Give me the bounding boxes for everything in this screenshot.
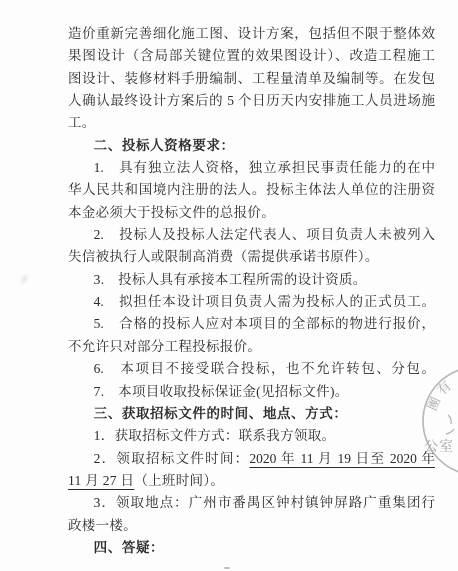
list-item: 3. 投标人具有承接本工程所需的设计资质。 [68,269,435,291]
text-line: 图设计、装修材料手册编制、工程量清单及编制等。在发包 [68,68,435,90]
text-line: 华人民共和国境内注册的法人。投标主体法人单位的注册资 [68,179,435,201]
line-text: （上班时间）。 [134,473,224,488]
text-line: 本金必须大于投标文件的总报价。 [68,202,435,224]
list-item: 1．获取招标文件方式：联系我方领取。 [68,425,435,447]
line-text: 2．领取招标文件时间： [94,451,250,466]
section-heading-4: 四、答疑： [68,537,435,559]
text-line: 果图设计（含局部关键位置的效果图设计）、改造工程施工 [68,45,435,67]
section-heading-3: 三、获取招标文件的时间、地点、方式： [68,403,435,425]
list-item: 4. 拟担任本设计项目负责人需为投标人的正式员工。 [68,291,435,313]
list-item: 1. 具有独立法人资格，独立承担民事责任能力的在中 [68,157,435,179]
list-item: 7. 本项目收取投标保证金(见招标文件)。 [68,381,435,403]
scan-smudge [18,271,31,287]
text-line: 工。 [68,112,435,134]
text-line: 失信被执行人或限制高消费（需提供承诺书原件）。 [68,246,435,268]
official-seal: 團有 公室 [419,363,458,485]
list-item: 5. 合格的投标人应对本项目的全部标的物进行报价， [68,313,435,335]
list-item: 2．领取招标文件时间：2020 年 11 月 19 日至 2020 年 [68,448,435,470]
list-item: 3．领取地点：广州市番禺区钟村镇钟屏路广重集团行 [68,492,435,514]
text-line: 不允许只对部分工程投标报价。 [68,336,435,358]
section-heading-2: 二、投标人资格要求： [68,135,435,157]
text-line: 造价重新完善细化施工图、设计方案，包括但不限于整体效 [68,23,435,45]
list-item: 6. 本项目不接受联合投标，也不允许转包、分包。 [68,358,435,380]
underlined-date: 11 月 27 日 [68,473,134,488]
document-body: 造价重新完善细化施工图、设计方案，包括但不限于整体效 果图设计（含局部关键位置的… [68,23,435,559]
seal-center-text: 公室 [424,439,454,455]
seal-stamp-icon: 團有 公室 [419,363,458,485]
text-line: 政楼一楼。 [68,515,435,537]
text-line: 11 月 27 日（上班时间）。 [68,470,435,492]
scan-speck [224,567,230,569]
underlined-date-range: 2020 年 11 月 19 日至 2020 年 [249,451,435,466]
list-item: 2. 投标人及投标人法定代表人、项目负责人未被列入 [68,224,435,246]
document-page: 造价重新完善细化施工图、设计方案，包括但不限于整体效 果图设计（含局部关键位置的… [0,0,458,571]
text-line: 人确认最终设计方案后的 5 个日历天内安排施工人员进场施 [68,90,435,112]
